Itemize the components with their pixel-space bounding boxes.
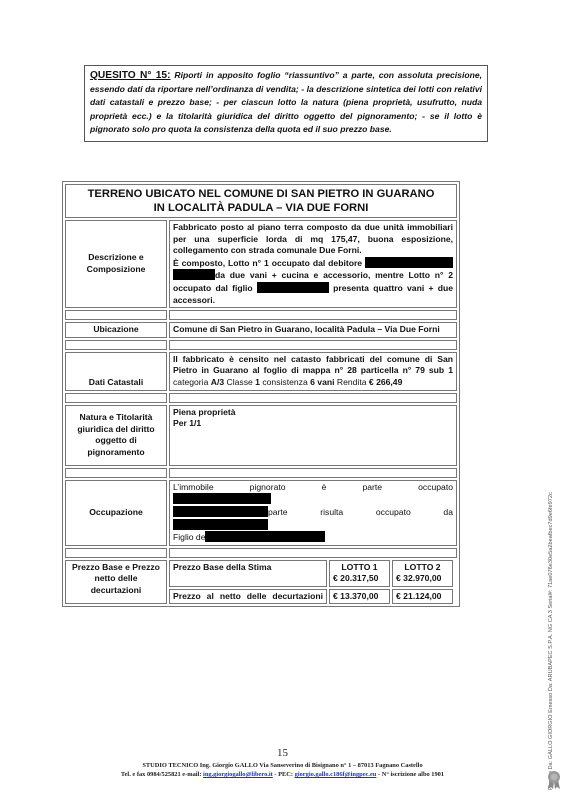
- lotto1-base-cell: LOTTO 1 € 20.317,50: [329, 560, 390, 587]
- row-descrizione: Descrizione e Composizione Fabbricato po…: [65, 220, 457, 308]
- redacted-block: [257, 282, 329, 293]
- label-prezzo: Prezzo Base e Prezzo netto delle decurta…: [65, 560, 167, 605]
- spacer-row: [65, 310, 457, 320]
- footer-albo: - N° iscrizione albo 1901: [376, 771, 444, 778]
- redacted-block: [173, 519, 268, 530]
- label-dati-catastali: Dati Catastali: [65, 352, 167, 391]
- occupazione-text1: L’immobile pignorato è parte occupato: [173, 482, 453, 492]
- descrizione-text1: Fabbricato posto al piano terra composto…: [173, 222, 453, 255]
- row-natura: Natura e Titolarità giuridica del diritt…: [65, 405, 457, 466]
- table-title-row: TERRENO UBICATO NEL COMUNE DI SAN PIETRO…: [65, 184, 457, 218]
- label-occupazione: Occupazione: [65, 480, 167, 546]
- categoria-label: categoria: [173, 377, 211, 387]
- value-dati-catastali: Il fabbricato è censito nel catasto fabb…: [169, 352, 457, 391]
- classe-label: Classe: [224, 377, 255, 387]
- catastali-text: Il fabbricato è censito nel catasto fabb…: [173, 354, 453, 376]
- table-title-line2: IN LOCALITÀ PADULA – VIA DUE FORNI: [69, 201, 453, 215]
- descrizione-text2a: È composto, Lotto n° 1 occupato dal debi…: [173, 258, 365, 268]
- value-descrizione: Fabbricato posto al piano terra composto…: [169, 220, 457, 308]
- row-prezzo: Prezzo Base e Prezzo netto delle decurta…: [65, 560, 457, 605]
- price-netto-label: Prezzo al netto delle decurtazioni: [169, 589, 327, 605]
- lotto2-base-cell: LOTTO 2 € 32.970,00: [392, 560, 453, 587]
- occupazione-text2: parte risulta occupato da: [268, 507, 453, 517]
- price-row-base: Prezzo Base della Stima LOTTO 1 € 20.317…: [169, 560, 453, 587]
- ribbon-seal-icon: [546, 770, 562, 790]
- table-title-line1: TERRENO UBICATO NEL COMUNE DI SAN PIETRO…: [69, 187, 453, 201]
- spacer-row: [65, 340, 457, 350]
- label-descrizione: Descrizione e Composizione: [65, 220, 167, 308]
- email-link[interactable]: ing.giorgiogallo@libero.it: [203, 771, 273, 778]
- categoria-value: A/3: [211, 377, 224, 387]
- lotto1-base-value: € 20.317,50: [333, 573, 386, 585]
- natura-line1: Piena proprietà: [173, 407, 453, 419]
- lotto2-header: LOTTO 2: [396, 562, 449, 574]
- redacted-block: [173, 269, 215, 280]
- quesito-title: QUESITO N° 15:: [90, 70, 170, 81]
- pec-link[interactable]: giorgio.gallo.c186f@ingpec.eu: [295, 771, 377, 778]
- value-prezzo: Prezzo Base della Stima LOTTO 1 € 20.317…: [169, 560, 457, 605]
- price-row-netto: Prezzo al netto delle decurtazioni € 13.…: [169, 589, 453, 605]
- quesito-box: QUESITO N° 15: Riporti in apposito fogli…: [84, 65, 488, 142]
- table-title: TERRENO UBICATO NEL COMUNE DI SAN PIETRO…: [65, 184, 457, 218]
- footer-studio: STUDIO TECNICO Ing. Giorgio GALLO Via Sa…: [0, 762, 565, 769]
- spacer-row: [65, 393, 457, 403]
- rendita-value: € 266,49: [369, 377, 402, 387]
- value-occupazione: L’immobile pignorato è parte occupato pa…: [169, 480, 457, 546]
- price-table: Prezzo Base della Stima LOTTO 1 € 20.317…: [167, 558, 455, 607]
- digital-signature-text: Firmato Da: GALLO GIORGIO Emesso Da: ARU…: [548, 492, 554, 790]
- redacted-block: [365, 257, 453, 268]
- row-occupazione: Occupazione L’immobile pignorato è parte…: [65, 480, 457, 546]
- lotto1-netto-value: € 13.370,00: [329, 589, 390, 605]
- summary-table: TERRENO UBICATO NEL COMUNE DI SAN PIETRO…: [62, 181, 460, 607]
- label-natura: Natura e Titolarità giuridica del diritt…: [65, 405, 167, 466]
- spacer-row: [65, 548, 457, 558]
- row-ubicazione: Ubicazione Comune di San Pietro in Guara…: [65, 322, 457, 338]
- occupazione-text3: Figlio de: [173, 532, 205, 542]
- footer-tel: Tel. e fax 0984/525821 e-mail:: [121, 771, 203, 778]
- label-ubicazione: Ubicazione: [65, 322, 167, 338]
- redacted-block: [173, 506, 268, 517]
- footer-pec-label: - PEC:: [273, 771, 295, 778]
- price-base-label: Prezzo Base della Stima: [169, 560, 327, 587]
- spacer-row: [65, 468, 457, 478]
- natura-line2: Per 1/1: [173, 418, 453, 430]
- rendita-label: Rendita: [335, 377, 369, 387]
- lotto1-header: LOTTO 1: [333, 562, 386, 574]
- redacted-block: [205, 531, 325, 542]
- consistenza-label: consistenza: [260, 377, 310, 387]
- value-natura: Piena proprietà Per 1/1: [169, 405, 457, 466]
- consistenza-value: 6 vani: [310, 377, 334, 387]
- row-dati-catastali: Dati Catastali Il fabbricato è censito n…: [65, 352, 457, 391]
- lotto2-base-value: € 32.970,00: [396, 573, 449, 585]
- page-number: 15: [0, 747, 565, 759]
- footer-contacts: Tel. e fax 0984/525821 e-mail: ing.giorg…: [0, 771, 565, 778]
- value-ubicazione: Comune di San Pietro in Guarano, localit…: [169, 322, 457, 338]
- redacted-block: [173, 493, 271, 504]
- lotto2-netto-value: € 21.124,00: [392, 589, 453, 605]
